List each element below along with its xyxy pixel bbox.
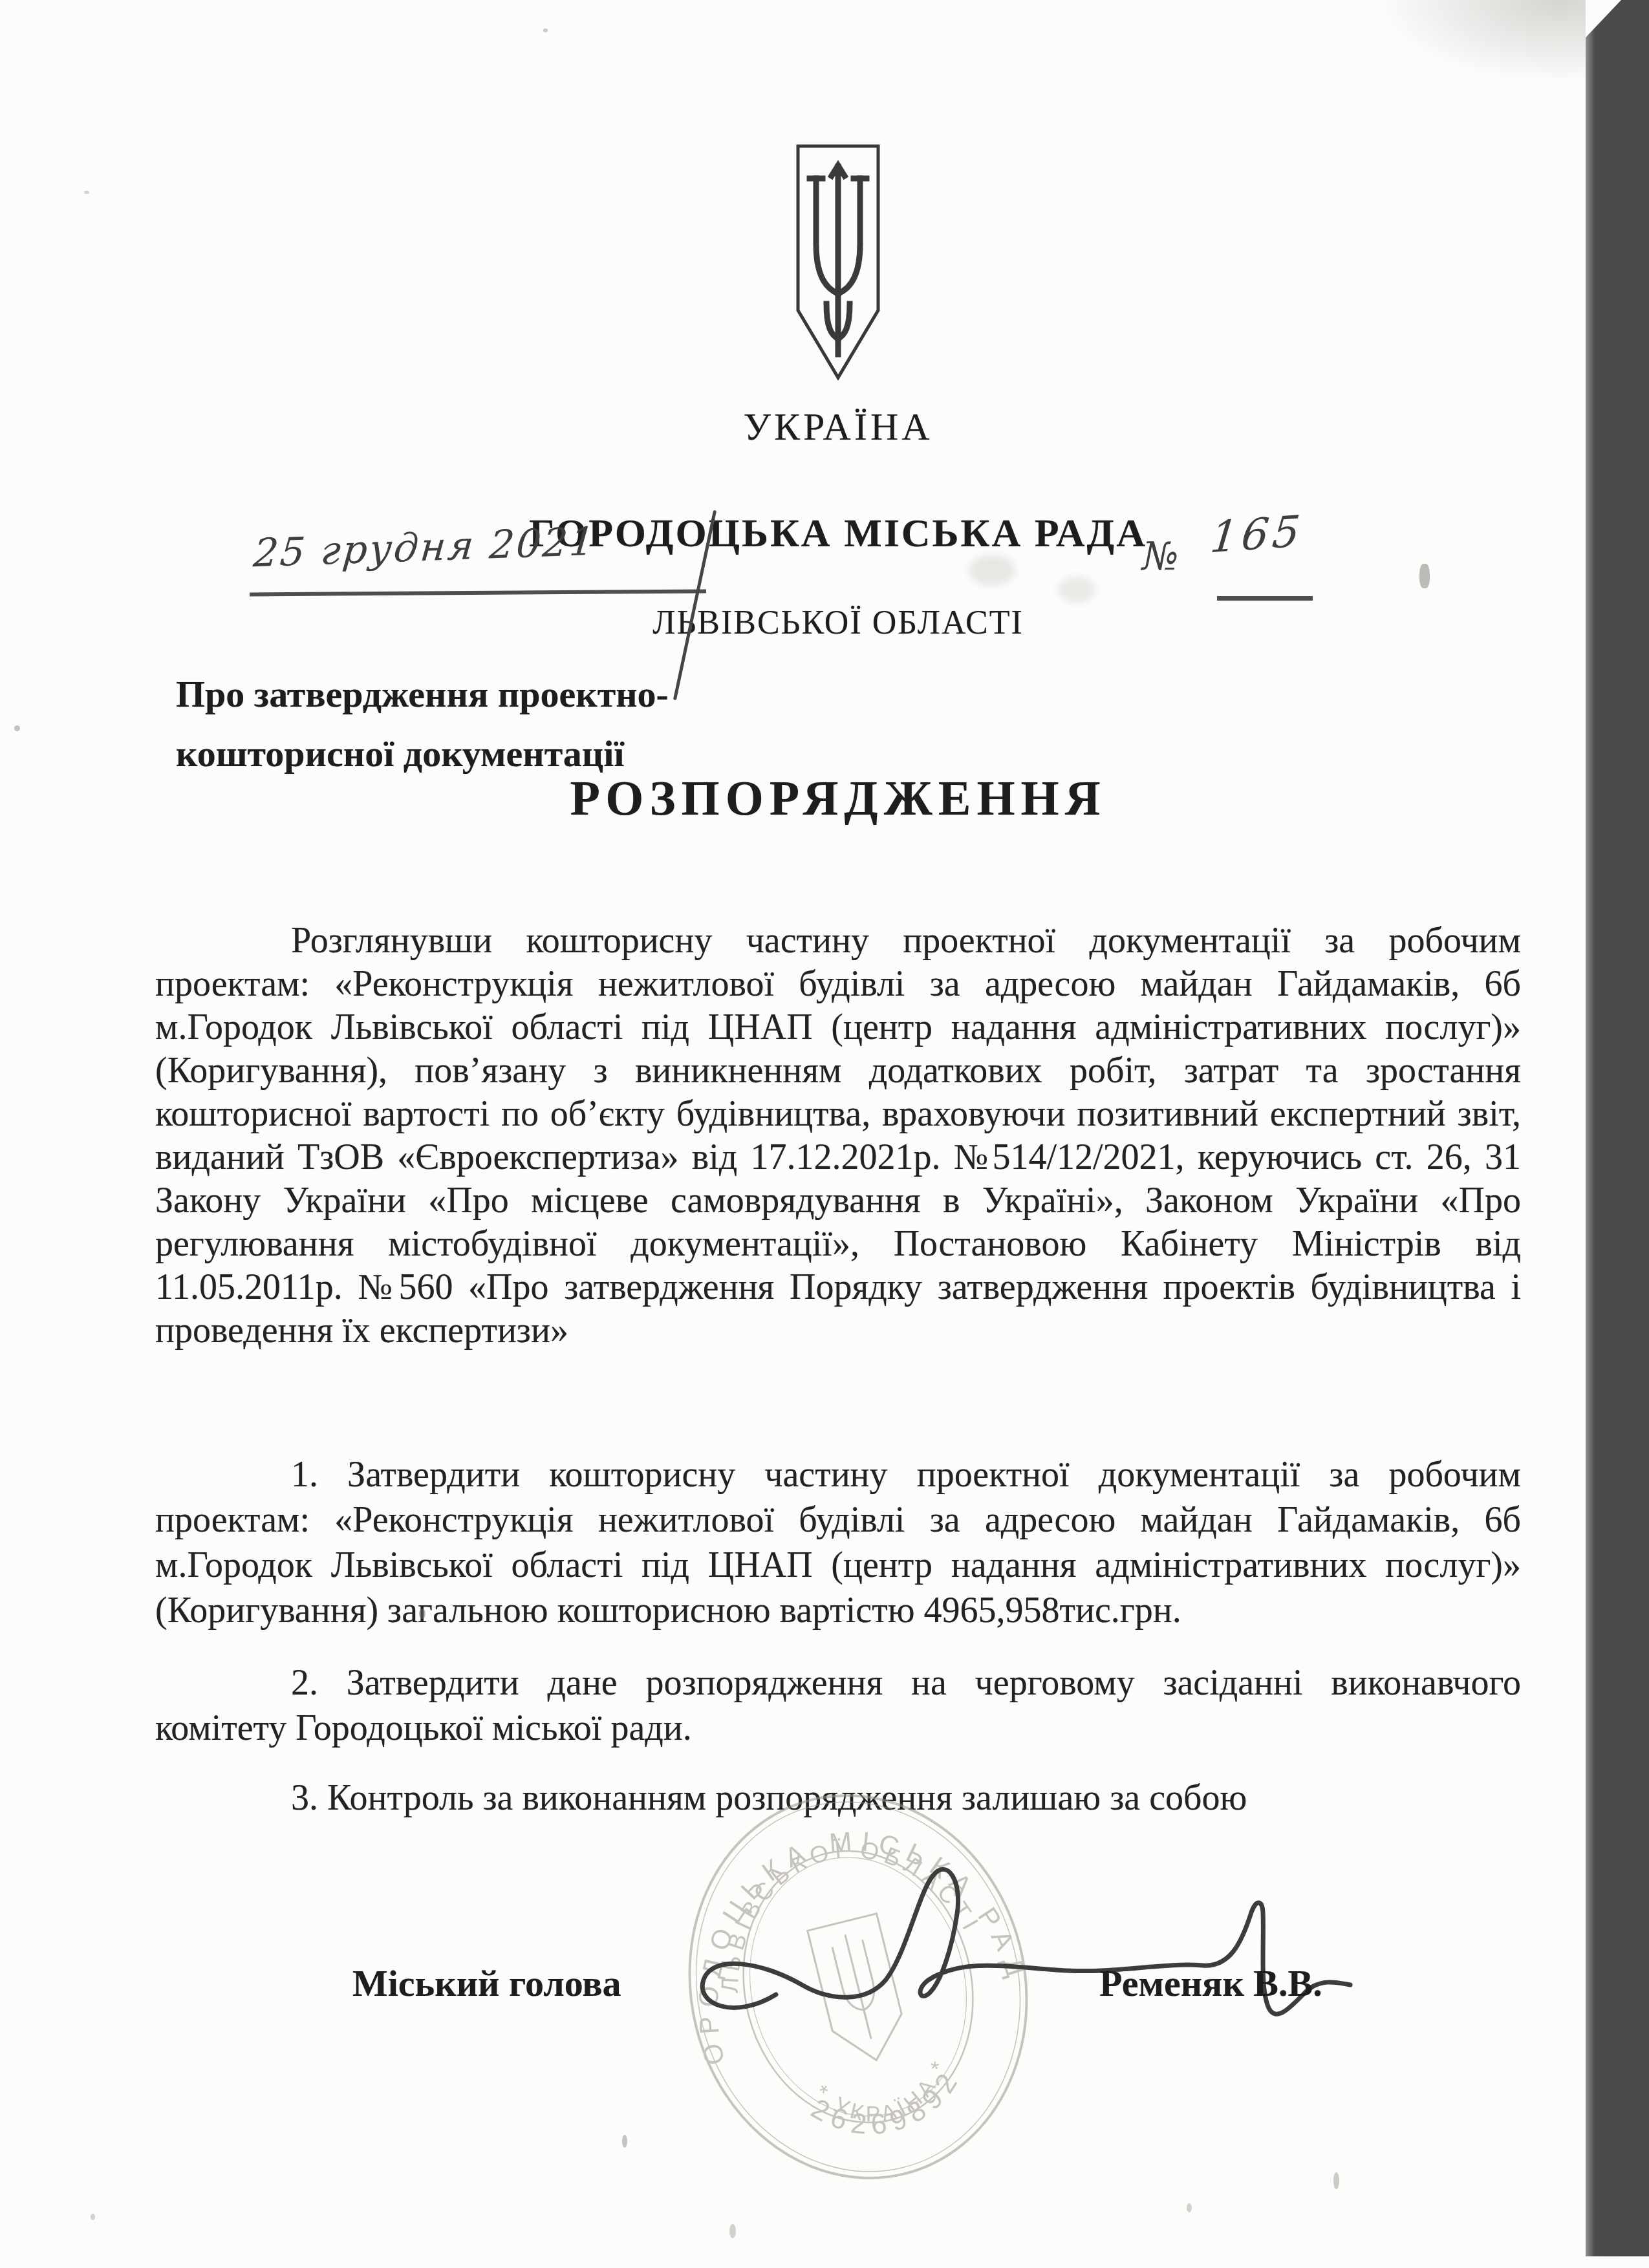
mayor-signature xyxy=(673,1843,1358,2056)
ink-smudge xyxy=(969,555,1015,586)
scan-speck xyxy=(622,2135,627,2148)
scanned-document-page: УКРАЇНА ГОРОДОЦЬКА МІСЬКА РАДА ЛЬВІВСЬКО… xyxy=(0,0,1649,2268)
signer-position: Міський голова xyxy=(352,1962,621,2005)
scan-speck xyxy=(1187,2203,1192,2212)
handwritten-document-number: 165 xyxy=(1208,506,1306,563)
region-title: ЛЬВІВСЬКОЇ ОБЛАСТІ xyxy=(14,604,1649,642)
ink-smudge xyxy=(1058,577,1095,603)
scanner-band-notch xyxy=(1586,0,1621,37)
preamble-paragraph: Розглянувши кошторисну частину проектної… xyxy=(155,919,1521,1353)
number-underline xyxy=(1217,596,1313,601)
date-underline xyxy=(250,590,706,597)
scanner-dark-band xyxy=(1586,0,1649,2256)
country-title: УКРАЇНА xyxy=(14,405,1649,449)
scan-speck xyxy=(729,2224,736,2238)
resolution-item-1: 1. Затвердити кошторисну частину проектн… xyxy=(155,1452,1521,1633)
scan-speck xyxy=(419,1609,426,1619)
subject-line-1: Про затвердження проектно- xyxy=(176,672,669,716)
scan-speck xyxy=(543,28,548,32)
signer-name: Ременяк В.В. xyxy=(1099,1962,1322,2005)
scan-speck xyxy=(84,191,89,194)
scan-speck xyxy=(1333,2172,1339,2189)
number-sign: № xyxy=(1142,534,1179,579)
scan-speck xyxy=(14,725,20,731)
ink-speck xyxy=(1419,564,1430,588)
subject-line-2: кошторисної документації xyxy=(176,732,624,775)
resolution-item-2: 2. Затвердити дане розпорядження на черг… xyxy=(155,1660,1521,1751)
scan-speck xyxy=(91,2214,95,2220)
ukraine-trident-emblem-icon xyxy=(793,141,883,383)
scan-edge-shadow xyxy=(1377,0,1591,84)
document-type-title: РОЗПОРЯДЖЕННЯ xyxy=(14,771,1649,827)
